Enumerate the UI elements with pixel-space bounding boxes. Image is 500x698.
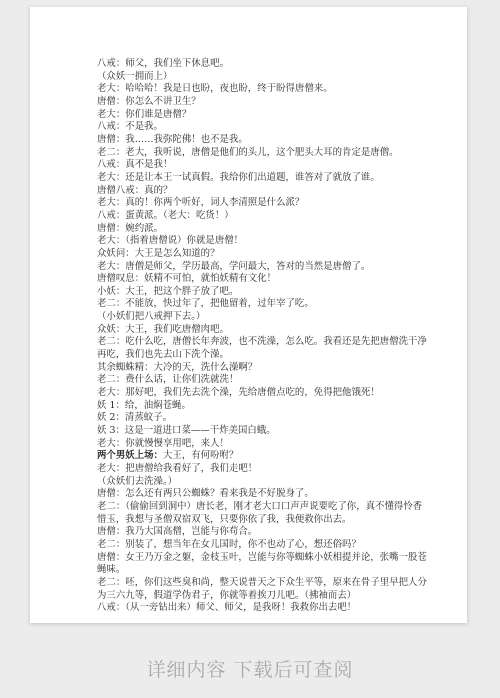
dialogue-line: 老大：那好吧，我们先去洗个澡，先给唐僧点吃的，免得把他饿死！	[97, 387, 417, 400]
speaker-label: 老大：	[97, 235, 125, 246]
speaker-label: 老大：	[97, 463, 125, 474]
dialogue-text: 唐僧是师父，学历最高，学问最大，答对的当然是唐僧了。	[125, 261, 370, 272]
dialogue-line: 八戒：师父，我们坐下休息吧。	[97, 58, 417, 71]
dialogue-text: 惜玉，我想与圣僧双宿双飞，只要你依了我，我便救你出去。	[97, 514, 351, 525]
document-page: 八戒：师父，我们坐下休息吧。（众妖一拥而上）老大：哈哈哈！我是日也盼，夜也盼，终…	[30, 7, 467, 623]
dialogue-line: 老大：（指着唐僧说）你就是唐僧！	[97, 235, 417, 248]
dialogue-line: 老大：你们谁是唐僧？	[97, 109, 417, 122]
dialogue-text: （众妖们去洗澡。）	[97, 476, 177, 487]
dialogue-line: 老二：费什么话，让你们洗就洗！	[97, 374, 417, 387]
dialogue-line: 其余蜘蛛精：大冷的天，洗什么澡啊？	[97, 362, 417, 375]
dialogue-line: 妖 1：给，油焖苍蝇。	[97, 400, 417, 413]
dialogue-line: 唐僧：你怎么不讲卫生？	[97, 96, 417, 109]
dialogue-line: 老大：哈哈哈！我是日也盼，夜也盼，终于盼得唐僧来。	[97, 83, 417, 96]
dialogue-text: 给，油焖苍蝇。	[125, 400, 191, 411]
dialogue-line: 再吃，我们也先去山下洗个澡。	[97, 349, 417, 362]
speaker-label: 老大：	[97, 83, 125, 94]
dialogue-text: （众妖一拥而上）	[97, 71, 172, 82]
dialogue-text: 师父，我们坐下休息吧。	[125, 58, 229, 69]
dialogue-line: 两个男妖上场：大王，有何吩咐？	[97, 450, 417, 463]
dialogue-line: 惜玉，我想与圣僧双宿双飞，只要你依了我，我便救你出去。	[97, 514, 417, 527]
dialogue-text: 我乃大国高僧，岂能与你苟合。	[125, 526, 257, 537]
dialogue-text: 这是一道进口菜——干炸美国白蛾。	[125, 425, 276, 436]
dialogue-text: 把唐僧给我看好了，我们走吧！	[125, 463, 257, 474]
speaker-label: 八戒：	[97, 58, 125, 69]
speaker-label: 两个男妖上场：	[97, 450, 163, 461]
dialogue-text: 哈哈哈！我是日也盼，夜也盼，终于盼得唐僧来。	[125, 83, 332, 94]
speaker-label: 老二：	[97, 577, 125, 588]
dialogue-text: 真的？	[144, 185, 172, 196]
dialogue-text: 蝇味。	[97, 564, 125, 575]
dialogue-text: 清蒸蚊子。	[125, 412, 172, 423]
dialogue-line: 八戒：蛋黄派。（老大：吃货！）	[97, 210, 417, 223]
dialogue-text: 怎么还有两只公蜘蛛？看来我是不好脱身了。	[125, 488, 314, 499]
dialogue-line: （众妖一拥而上）	[97, 71, 417, 84]
dialogue-line: 老大：你就慢慢享用吧，来人！	[97, 438, 417, 451]
dialogue-text: （偷偷回到洞中）唐长老，刚才老大口口声声说要吃了你，真不懂得怜香	[125, 501, 422, 512]
dialogue-text: 你怎么不讲卫生？	[125, 96, 200, 107]
speaker-label: 唐僧：	[97, 488, 125, 499]
dialogue-text: 女王乃万金之躯，金枝玉叶，岂能与你等蜘蛛小妖相提并论，张嘴一股苍	[125, 552, 427, 563]
dialogue-text: 真不是我！	[125, 159, 172, 170]
speaker-label: 老大：	[97, 438, 125, 449]
dialogue-line: 老二：（偷偷回到洞中）唐长老，刚才老大口口声声说要吃了你，真不懂得怜香	[97, 501, 417, 514]
speaker-label: 老大：	[97, 172, 125, 183]
dialogue-line: 众妖问：大王是怎么知道的？	[97, 248, 417, 261]
speaker-label: 唐僧：	[97, 552, 125, 563]
speaker-label: 老二：	[97, 374, 125, 385]
script-text: 八戒：师父，我们坐下休息吧。（众妖一拥而上）老大：哈哈哈！我是日也盼，夜也盼，终…	[97, 58, 417, 615]
dialogue-text: 大冷的天，洗什么澡啊？	[154, 362, 258, 373]
speaker-label: 妖 1：	[97, 400, 125, 411]
dialogue-line: （众妖们去洗澡。）	[97, 476, 417, 489]
dialogue-text: 蛋黄派。（老大：吃货！）	[125, 210, 233, 221]
dialogue-line: 老二：别装了，想当年在女儿国时，你不也动了心，想还俗吗？	[97, 539, 417, 552]
speaker-label: 老二：	[97, 501, 125, 512]
speaker-label: 其余蜘蛛精：	[97, 362, 154, 373]
speaker-label: 老大：	[97, 109, 125, 120]
dialogue-text: 再吃，我们也先去山下洗个澡。	[97, 349, 229, 360]
speaker-label: 唐僧：	[97, 96, 125, 107]
dialogue-text: 妖精不可怕，就怕妖精有文化！	[144, 273, 276, 284]
speaker-label: 妖 3：	[97, 425, 125, 436]
dialogue-line: 唐僧：我……我弥陀佛！也不是我。	[97, 134, 417, 147]
speaker-label: 老二：	[97, 298, 125, 309]
dialogue-line: 唐僧：女王乃万金之躯，金枝玉叶，岂能与你等蜘蛛小妖相提并论，张嘴一股苍	[97, 552, 417, 565]
dialogue-line: 蝇味。	[97, 564, 417, 577]
dialogue-text: （从一旁钻出来）师父、师父，是我呀！我救你出去吧！	[125, 602, 356, 613]
speaker-label: 唐僧叹息：	[97, 273, 144, 284]
speaker-label: 妖 2：	[97, 412, 125, 423]
dialogue-line: 为三六九等，假道学伪君子，你就等着挨刀儿吧。（拂袖而去）	[97, 590, 417, 603]
dialogue-text: 为三六九等，假道学伪君子，你就等着挨刀儿吧。（拂袖而去）	[97, 590, 356, 601]
dialogue-line: 老大：把唐僧给我看好了，我们走吧！	[97, 463, 417, 476]
dialogue-text: 还是让本王一试真假。我给你们出道题，谁答对了就放了谁。	[125, 172, 379, 183]
speaker-label: 老二：	[97, 539, 125, 550]
dialogue-text: 真的！你两个听好，词人李清照是什么派？	[125, 197, 304, 208]
dialogue-text: 呸，你们这些臭和尚，整天说普天之下众生平等，原来在骨子里早把人分	[125, 577, 427, 588]
dialogue-line: 妖 3：这是一道进口菜——干炸美国白蛾。	[97, 425, 417, 438]
dialogue-text: 吃什么吃，唐僧长年奔波，也不洗澡，怎么吃。我看还是先把唐僧洗干净	[125, 336, 427, 347]
speaker-label: 老大：	[97, 261, 125, 272]
dialogue-line: 八戒：不是我。	[97, 121, 417, 134]
dialogue-line: 唐僧八戒：真的？	[97, 185, 417, 198]
speaker-label: 众妖问：	[97, 248, 135, 259]
dialogue-text: 我……我弥陀佛！也不是我。	[125, 134, 248, 145]
speaker-label: 八戒：	[97, 159, 125, 170]
speaker-label: 唐僧：	[97, 526, 125, 537]
dialogue-text: 不能放，快过年了，把他留着，过年宰了吃。	[125, 298, 314, 309]
dialogue-line: 小妖：大王，把这个胖子放了吧。	[97, 286, 417, 299]
speaker-label: 唐僧八戒：	[97, 185, 144, 196]
speaker-label: 老二：	[97, 147, 125, 158]
dialogue-line: 老二：老大，我听说，唐僧是他们的头儿，这个肥头大耳的肯定是唐僧。	[97, 147, 417, 160]
dialogue-text: 大王，有何吩咐？	[163, 450, 238, 461]
dialogue-line: 妖 2：清蒸蚊子。	[97, 412, 417, 425]
download-prompt[interactable]: 详细内容 下载后可查阅	[0, 655, 500, 682]
dialogue-text: 你就慢慢享用吧，来人！	[125, 438, 229, 449]
dialogue-text: （指着唐僧说）你就是唐僧！	[125, 235, 243, 246]
dialogue-text: （小妖们把八戒押下去。）	[97, 311, 205, 322]
dialogue-text: 不是我。	[125, 121, 163, 132]
dialogue-line: 唐僧叹息：妖精不可怕，就怕妖精有文化！	[97, 273, 417, 286]
dialogue-line: 唐僧：婉约派。	[97, 223, 417, 236]
dialogue-line: （小妖们把八戒押下去。）	[97, 311, 417, 324]
dialogue-line: 老大：还是让本王一试真假。我给你们出道题，谁答对了就放了谁。	[97, 172, 417, 185]
speaker-label: 老大：	[97, 197, 125, 208]
dialogue-text: 别装了，想当年在女儿国时，你不也动了心，想还俗吗？	[125, 539, 361, 550]
dialogue-text: 那好吧，我们先去洗个澡，先给唐僧点吃的，免得把他饿死！	[125, 387, 379, 398]
dialogue-line: 众妖：大王，我们吃唐僧肉吧。	[97, 324, 417, 337]
speaker-label: 八戒：	[97, 210, 125, 221]
dialogue-text: 你们谁是唐僧？	[125, 109, 191, 120]
speaker-label: 八戒：	[97, 602, 125, 613]
dialogue-line: 老二：呸，你们这些臭和尚，整天说普天之下众生平等，原来在骨子里早把人分	[97, 577, 417, 590]
speaker-label: 八戒：	[97, 121, 125, 132]
dialogue-line: 唐僧：怎么还有两只公蜘蛛？看来我是不好脱身了。	[97, 488, 417, 501]
speaker-label: 唐僧：	[97, 223, 125, 234]
dialogue-text: 大王，把这个胖子放了吧。	[125, 286, 238, 297]
dialogue-text: 大王是怎么知道的？	[135, 248, 220, 259]
dialogue-text: 费什么话，让你们洗就洗！	[125, 374, 238, 385]
dialogue-line: 老二：吃什么吃，唐僧长年奔波，也不洗澡，怎么吃。我看还是先把唐僧洗干净	[97, 336, 417, 349]
dialogue-text: 婉约派。	[125, 223, 163, 234]
dialogue-line: 唐僧：我乃大国高僧，岂能与你苟合。	[97, 526, 417, 539]
dialogue-text: 大王，我们吃唐僧肉吧。	[125, 324, 229, 335]
dialogue-line: 老大：唐僧是师父，学历最高，学问最大，答对的当然是唐僧了。	[97, 261, 417, 274]
speaker-label: 老二：	[97, 336, 125, 347]
dialogue-text: 老大，我听说，唐僧是他们的头儿，这个肥头大耳的肯定是唐僧。	[125, 147, 398, 158]
speaker-label: 老大：	[97, 387, 125, 398]
dialogue-line: 老二：不能放，快过年了，把他留着，过年宰了吃。	[97, 298, 417, 311]
dialogue-line: 八戒：真不是我！	[97, 159, 417, 172]
speaker-label: 众妖：	[97, 324, 125, 335]
speaker-label: 唐僧：	[97, 134, 125, 145]
dialogue-line: 八戒：（从一旁钻出来）师父、师父，是我呀！我救你出去吧！	[97, 602, 417, 615]
speaker-label: 小妖：	[97, 286, 125, 297]
dialogue-line: 老大：真的！你两个听好，词人李清照是什么派？	[97, 197, 417, 210]
